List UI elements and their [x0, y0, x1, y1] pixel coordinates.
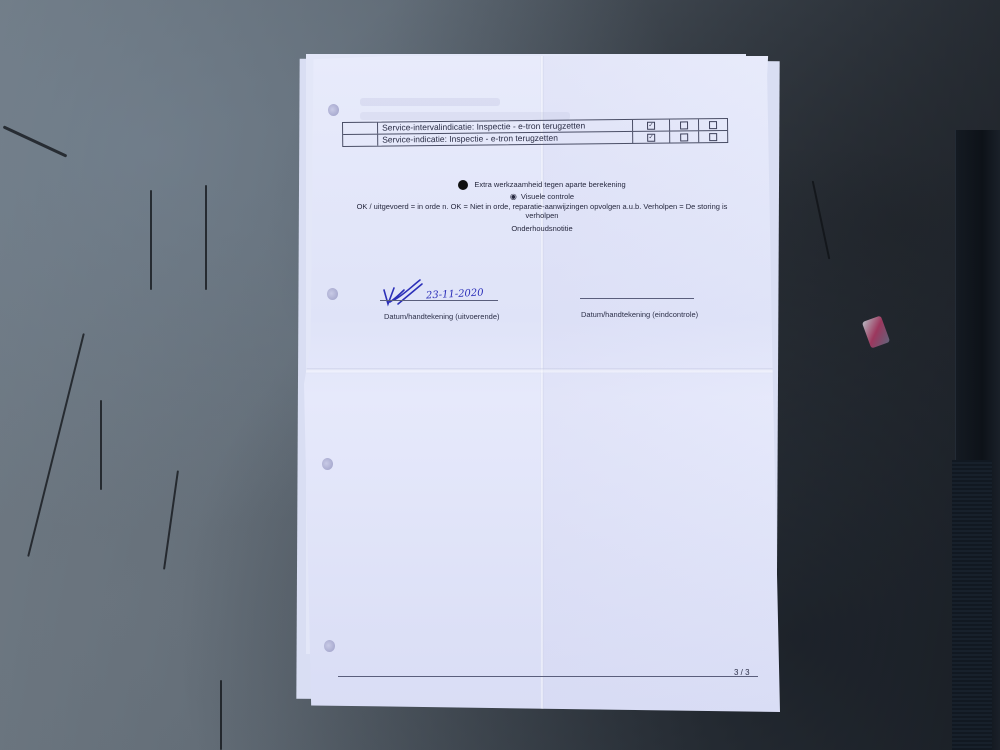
- surface-scratch: [27, 333, 85, 557]
- punch-hole: [328, 104, 339, 116]
- checkbox-ok[interactable]: ✓: [647, 121, 655, 129]
- surface-scratch: [100, 400, 102, 490]
- eye-icon: ◉: [510, 192, 517, 201]
- punch-hole: [324, 640, 335, 652]
- status-explanation-cont: verholpen: [304, 211, 780, 220]
- page-number: 3 / 3: [734, 668, 750, 677]
- surface-scratch: [220, 680, 222, 750]
- checklist-item-label: Service-indicatie: Inspectie - e-tron te…: [378, 132, 633, 146]
- punch-hole: [327, 288, 338, 300]
- surface-scratch: [3, 125, 68, 157]
- executor-signature-caption: Datum/handtekening (uitvoerende): [384, 312, 500, 321]
- fold-crease-horizontal: [304, 368, 780, 374]
- footer-rule: [338, 676, 758, 677]
- checklist-table: Service-intervalindicatie: Inspectie - e…: [342, 118, 728, 147]
- punch-hole: [322, 458, 333, 470]
- legend-extra-work: Extra werkzaamheid tegen aparte berekeni…: [304, 180, 780, 190]
- checkbox-ok[interactable]: ✓: [647, 133, 655, 141]
- signature-line-executor: [380, 300, 498, 301]
- final-check-signature-caption: Datum/handtekening (eindcontrole): [581, 310, 698, 319]
- surface-scratch: [205, 185, 207, 290]
- filled-dot-icon: [458, 180, 468, 190]
- document-page: Service-intervalindicatie: Inspectie - e…: [304, 56, 780, 712]
- faded-bleed-text: [360, 98, 500, 106]
- fabric-strap: [952, 460, 992, 750]
- checkbox-not-ok[interactable]: [680, 133, 688, 141]
- fold-crease-vertical: [540, 56, 544, 712]
- checkbox-resolved[interactable]: [709, 133, 717, 141]
- surface-scratch: [812, 181, 831, 260]
- checkbox-resolved[interactable]: [709, 121, 717, 129]
- sticker-fragment: [862, 315, 890, 348]
- maintenance-note-heading: Onderhoudsnotitie: [304, 224, 780, 233]
- surface-scratch: [163, 470, 179, 569]
- checkbox-not-ok[interactable]: [680, 121, 688, 129]
- surface-scratch: [150, 190, 152, 290]
- faded-bleed-text: [360, 112, 570, 120]
- status-explanation: OK / uitgevoerd = in orde n. OK = Niet i…: [304, 202, 780, 211]
- legend-visual-check: ◉Visuele controle: [304, 192, 780, 201]
- signature-line-final-check: [580, 298, 694, 299]
- handwritten-signature: [380, 278, 430, 310]
